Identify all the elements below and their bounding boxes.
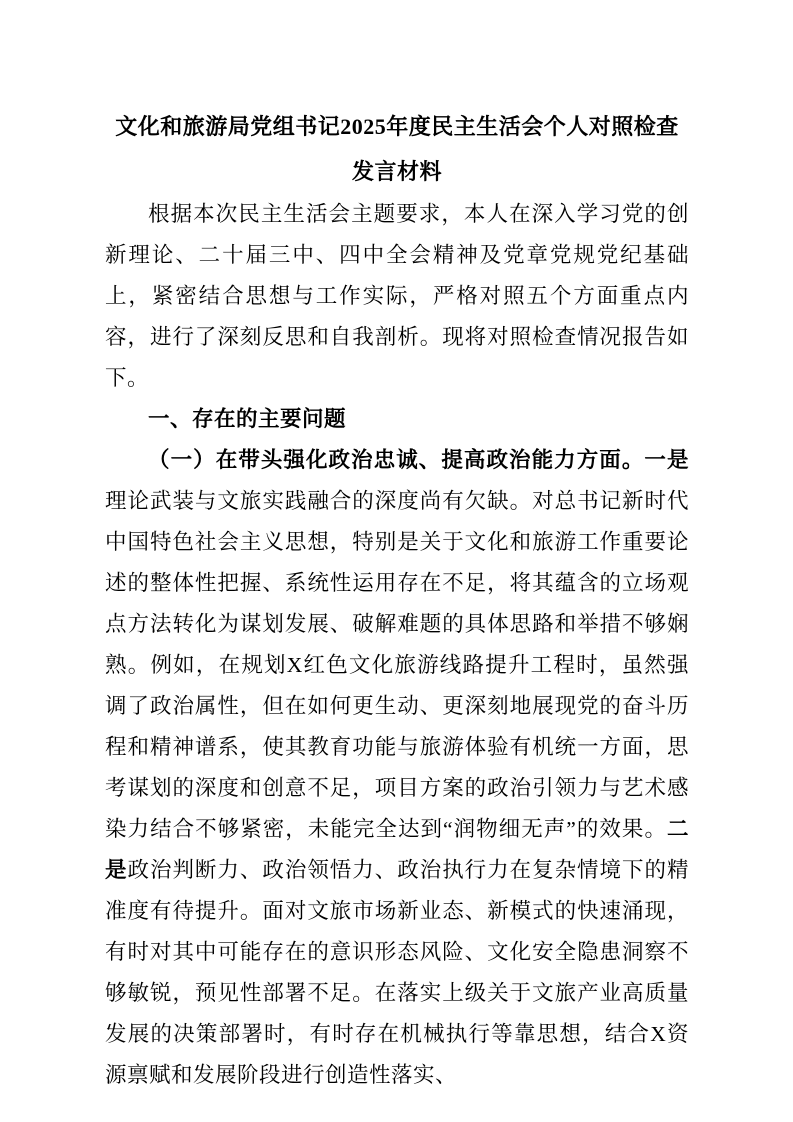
point-1-text: 理论武装与文旅实践融合的深度尚有欠缺。对总书记新时代中国特色社会主义思想，特别是… — [105, 489, 689, 841]
document-title: 文化和旅游局党组书记2025年度民主生活会个人对照检查发言材料 — [105, 104, 689, 194]
document-page: 文化和旅游局党组书记2025年度民主生活会个人对照检查发言材料 根据本次民主生活… — [0, 0, 793, 1122]
intro-paragraph: 根据本次民主生活会主题要求，本人在深入学习党的创新理论、二十届三中、四中全会精神… — [105, 194, 689, 399]
point-1-label: 一是 — [644, 448, 689, 472]
point-2-text: 政治判断力、政治领悟力、政治执行力在复杂情境下的精准度有待提升。面对文旅市场新业… — [105, 858, 689, 1087]
section-1-heading: 一、存在的主要问题 — [105, 399, 689, 440]
subsection-1-1-paragraph: （一）在带头强化政治忠诚、提高政治能力方面。一是理论武装与文旅实践融合的深度尚有… — [105, 440, 689, 1096]
subsection-1-1-heading: （一）在带头强化政治忠诚、提高政治能力方面。 — [148, 448, 644, 472]
